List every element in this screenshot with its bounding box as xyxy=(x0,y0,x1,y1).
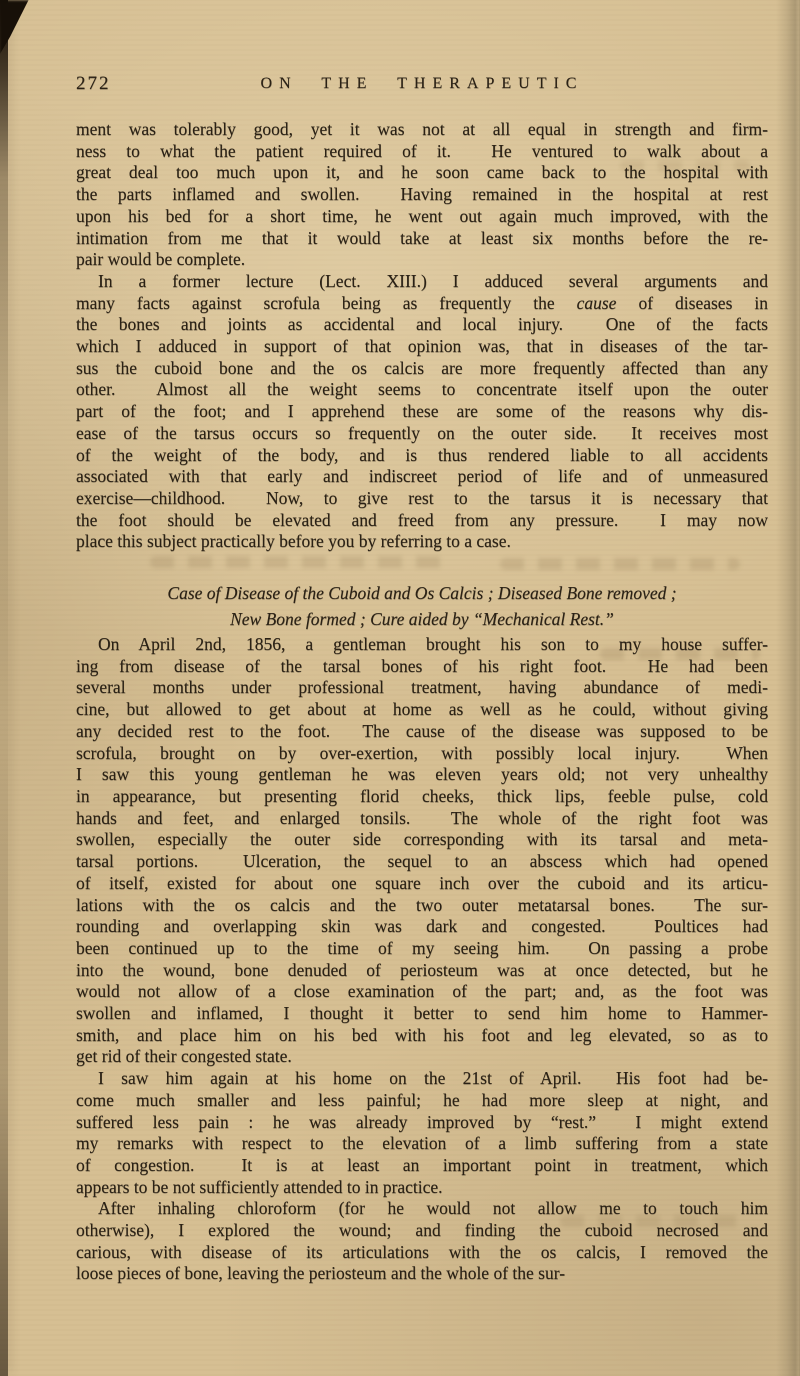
text-line: ment was tolerably good, yet it was not … xyxy=(76,119,768,141)
text-line: scrofula, brought on by over-exertion, w… xyxy=(76,743,768,765)
text-line: several months under professional treatm… xyxy=(76,677,768,699)
text-line: swollen and inflamed, I thought it bette… xyxy=(76,1003,768,1025)
text-line: into the wound, bone denuded of perioste… xyxy=(76,960,768,982)
text-line: place this subject practically before yo… xyxy=(76,531,768,553)
text-line: of congestion. It is at least an importa… xyxy=(76,1155,768,1177)
page-body-text: ment was tolerably good, yet it was not … xyxy=(76,119,768,1285)
text-line: would not allow of a close examination o… xyxy=(76,981,768,1003)
text-line: In a former lecture (Lect. XIII.) I addu… xyxy=(76,271,768,293)
running-title: ON THE THERAPEUTIC xyxy=(76,73,768,93)
text-line: other. Almost all the weight seems to co… xyxy=(76,379,768,401)
text-line: pair would be complete. xyxy=(76,249,768,271)
text-line: associated with that early and indiscree… xyxy=(76,466,768,488)
section-heading-line: Case of Disease of the Cuboid and Os Cal… xyxy=(76,580,768,606)
paragraph: I saw him again at his home on the 21st … xyxy=(76,1068,768,1198)
page-left-edge-shadow xyxy=(0,0,8,1376)
section-heading: Case of Disease of the Cuboid and Os Cal… xyxy=(76,580,768,632)
text-line: great deal too much upon it, and he soon… xyxy=(76,162,768,184)
paragraph: ment was tolerably good, yet it was not … xyxy=(76,119,768,271)
paragraph: After inhaling chloroform (for he would … xyxy=(76,1198,768,1285)
text-line: in appearance, but presenting florid che… xyxy=(76,786,768,808)
text-line: part of the foot; and I apprehend these … xyxy=(76,401,768,423)
text-line: of itself, existed for about one square … xyxy=(76,873,768,895)
text-line: many facts against scrofula being as fre… xyxy=(76,293,768,315)
text-line: any decided rest to the foot. The cause … xyxy=(76,721,768,743)
text-line: ness to what the patient required of it.… xyxy=(76,141,768,163)
text-line: otherwise), I explored the wound; and fi… xyxy=(76,1220,768,1242)
text-line: hands and feet, and enlarged tonsils. Th… xyxy=(76,808,768,830)
book-page-scan: ON THE THERAPEUTIC 272 ment was tolerabl… xyxy=(0,0,800,1376)
section-heading-line: New Bone formed ; Cure aided by “Mechani… xyxy=(76,606,768,632)
text-line: which I adduced in support of that opini… xyxy=(76,336,768,358)
text-line: exercise—childhood. Now, to give rest to… xyxy=(76,488,768,510)
text-line: On April 2nd, 1856, a gentleman brought … xyxy=(76,634,768,656)
text-line: appears to be not sufficiently attended … xyxy=(76,1177,768,1199)
text-line: cine, but allowed to get about at home a… xyxy=(76,699,768,721)
text-line: intimation from me that it would take at… xyxy=(76,228,768,250)
italic-text: cause xyxy=(577,293,617,313)
text-line: the parts inflamed and swollen. Having r… xyxy=(76,184,768,206)
text-line: lations with the os calcis and the two o… xyxy=(76,895,768,917)
page-right-edge-shadow xyxy=(776,0,800,1376)
text-line: my remarks with respect to the elevation… xyxy=(76,1133,768,1155)
paragraph: On April 2nd, 1856, a gentleman brought … xyxy=(76,634,768,1068)
text-line: After inhaling chloroform (for he would … xyxy=(76,1198,768,1220)
text-line: swollen, especially the outer side corre… xyxy=(76,829,768,851)
text-line: carious, with disease of its articulatio… xyxy=(76,1242,768,1264)
page-header: ON THE THERAPEUTIC 272 xyxy=(76,73,768,99)
text-line: sus the cuboid bone and the os calcis ar… xyxy=(76,358,768,380)
text-line: the bones and joints as accidental and l… xyxy=(76,314,768,336)
text-segment: many facts against scrofula being as fre… xyxy=(76,293,577,313)
text-line: of the weight of the body, and is thus r… xyxy=(76,445,768,467)
text-line: loose pieces of bone, leaving the perios… xyxy=(76,1263,768,1285)
text-line: smith, and place him on his bed with his… xyxy=(76,1025,768,1047)
text-line: get rid of their congested state. xyxy=(76,1046,768,1068)
text-line: come much smaller and less painful; he h… xyxy=(76,1090,768,1112)
page-number: 272 xyxy=(76,73,111,95)
text-line: rounding and overlapping skin was dark a… xyxy=(76,916,768,938)
text-line: ing from disease of the tarsal bones of … xyxy=(76,656,768,678)
text-segment: of diseases in xyxy=(616,293,768,313)
text-line: the foot should be elevated and freed fr… xyxy=(76,510,768,532)
paragraph: In a former lecture (Lect. XIII.) I addu… xyxy=(76,271,768,553)
text-line: ease of the tarsus occurs so frequently … xyxy=(76,423,768,445)
text-line: upon his bed for a short time, he went o… xyxy=(76,206,768,228)
text-line: I saw this young gentleman he was eleven… xyxy=(76,764,768,786)
text-line: I saw him again at his home on the 21st … xyxy=(76,1068,768,1090)
text-line: been continued up to the time of my seei… xyxy=(76,938,768,960)
text-line: tarsal portions. Ulceration, the sequel … xyxy=(76,851,768,873)
text-line: suffered less pain : he was already impr… xyxy=(76,1112,768,1134)
